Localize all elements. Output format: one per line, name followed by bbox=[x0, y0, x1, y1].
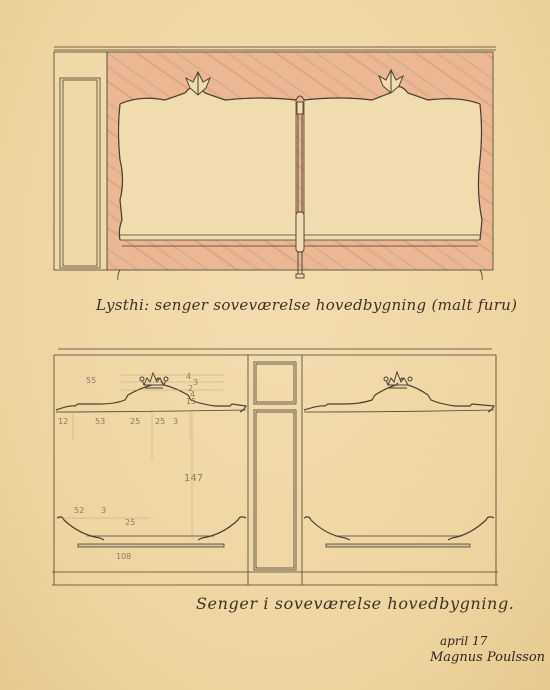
lower-caption: Senger i soveværelse hovedbygning. bbox=[196, 594, 514, 613]
crown-icon-right bbox=[384, 372, 412, 388]
dim-stack-2: 3 bbox=[193, 378, 198, 387]
dim-small-right: 3 bbox=[173, 417, 178, 426]
lower-elevation bbox=[52, 349, 498, 585]
signature-name: Magnus Poulsson bbox=[430, 650, 545, 665]
drawing-canvas bbox=[0, 0, 550, 690]
dim-stack-5: 15 bbox=[186, 397, 196, 406]
dim-crown-height: 55 bbox=[86, 376, 96, 385]
dim-footboard-small: 3 bbox=[101, 506, 106, 515]
dim-crown-half-right: 25 bbox=[155, 417, 165, 426]
signature-date: april 17 bbox=[440, 634, 487, 648]
dim-height-total: 147 bbox=[184, 473, 203, 484]
dim-crown-half-left: 25 bbox=[130, 417, 140, 426]
dim-left-offset: 12 bbox=[58, 417, 68, 426]
dim-footboard-rise: 25 bbox=[125, 518, 135, 527]
upper-elevation bbox=[54, 47, 496, 280]
upper-caption: Lysthi: senger soveværelse hovedbygning … bbox=[96, 296, 517, 314]
dim-stack-1: 4 bbox=[186, 372, 191, 381]
dim-footboard-base: 108 bbox=[116, 552, 131, 561]
dim-left-span: 53 bbox=[95, 417, 105, 426]
dim-footboard-left: 52 bbox=[74, 506, 84, 515]
